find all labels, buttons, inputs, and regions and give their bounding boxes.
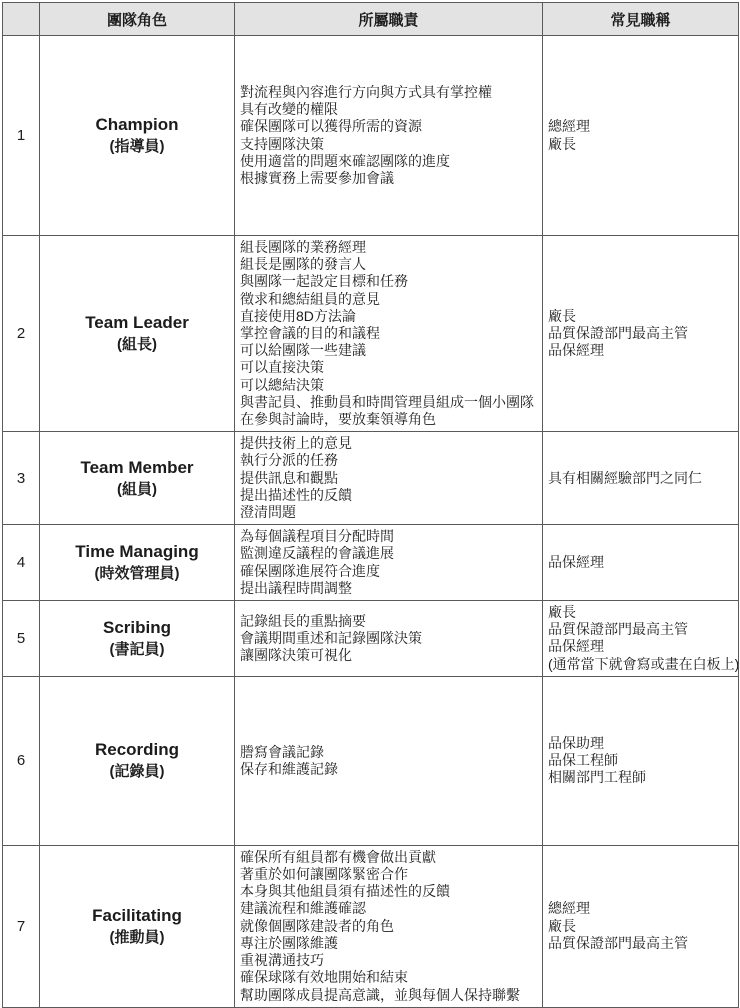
duty-line: 與團隊一起設定目標和任務 — [240, 273, 539, 290]
title-line: 廠長 — [548, 308, 735, 325]
row-number: 6 — [3, 676, 40, 845]
duty-line: 根據實務上需要參加會議 — [240, 170, 539, 187]
duty-line: 讓團隊決策可視化 — [240, 647, 539, 664]
duty-line: 建議流程和維護確認 — [240, 900, 539, 917]
title-line: 具有相關經驗部門之同仁 — [548, 470, 735, 487]
table-row: 6 Recording (記錄員) 謄寫會議記錄保存和維護記錄 品保助理品保工程… — [3, 676, 739, 845]
duties-cell: 組長團隊的業務經理組長是團隊的發言人與團隊一起設定目標和任務徵求和總結組員的意見… — [235, 236, 543, 432]
duty-line: 保存和維護記錄 — [240, 761, 539, 778]
header-row: 團隊角色 所屬職責 常見職稱 — [3, 3, 739, 36]
duties-cell: 記錄組長的重點摘要會議期間重述和記錄團隊決策讓團隊決策可視化 — [235, 601, 543, 677]
title-line: 品質保證部門最高主管 — [548, 325, 735, 342]
role-name-english: Facilitating — [42, 905, 232, 927]
titles-cell: 品保助理品保工程師相關部門工程師 — [543, 676, 739, 845]
duty-line: 具有改變的權限 — [240, 101, 539, 118]
title-line: 廠長 — [548, 918, 735, 935]
titles-cell: 總經理廠長品質保證部門最高主管 — [543, 845, 739, 1007]
duty-line: 掌控會議的目的和議程 — [240, 325, 539, 342]
duty-line: 提供技術上的意見 — [240, 435, 539, 452]
duty-line: 記錄組長的重點摘要 — [240, 613, 539, 630]
duty-line: 使用適當的問題來確認團隊的進度 — [240, 153, 539, 170]
table-row: 2 Team Leader (組長) 組長團隊的業務經理組長是團隊的發言人與團隊… — [3, 236, 739, 432]
duty-line: 著重於如何讓團隊緊密合作 — [240, 866, 539, 883]
duties-cell: 為每個議程項目分配時間監測違反議程的會議進展確保團隊進展符合進度提出議程時間調整 — [235, 525, 543, 601]
title-line: 品質保證部門最高主管 — [548, 621, 735, 638]
duty-line: 提出議程時間調整 — [240, 580, 539, 597]
duty-line: 在參與討論時，要放棄領導角色 — [240, 411, 539, 428]
duty-line: 組長是團隊的發言人 — [240, 256, 539, 273]
title-line: 總經理 — [548, 900, 735, 917]
duty-line: 提供訊息和觀點 — [240, 470, 539, 487]
role-name-english: Recording — [42, 739, 232, 761]
role-name-chinese: (時效管理員) — [42, 563, 232, 584]
duty-line: 確保團隊可以獲得所需的資源 — [240, 118, 539, 135]
duty-line: 對流程與內容進行方向與方式具有掌控權 — [240, 84, 539, 101]
duties-cell: 對流程與內容進行方向與方式具有掌控權具有改變的權限確保團隊可以獲得所需的資源支持… — [235, 36, 543, 236]
duty-line: 本身與其他組員須有描述性的反饋 — [240, 883, 539, 900]
role-cell: Recording (記錄員) — [40, 676, 235, 845]
title-line: 相關部門工程師 — [548, 769, 735, 786]
duty-line: 支持團隊決策 — [240, 136, 539, 153]
duty-line: 提出描述性的反饋 — [240, 487, 539, 504]
table-row: 1 Champion (指導員) 對流程與內容進行方向與方式具有掌控權具有改變的… — [3, 36, 739, 236]
table-body: 1 Champion (指導員) 對流程與內容進行方向與方式具有掌控權具有改變的… — [3, 36, 739, 1008]
duties-cell: 確保所有組員都有機會做出貢獻著重於如何讓團隊緊密合作本身與其他組員須有描述性的反… — [235, 845, 543, 1007]
duty-line: 確保團隊進展符合進度 — [240, 563, 539, 580]
duty-line: 徵求和總結組員的意見 — [240, 291, 539, 308]
duty-line: 確保所有組員都有機會做出貢獻 — [240, 849, 539, 866]
duties-cell: 提供技術上的意見執行分派的任務提供訊息和觀點提出描述性的反饋澄清問題 — [235, 432, 543, 525]
row-number: 4 — [3, 525, 40, 601]
role-name-english: Champion — [42, 114, 232, 136]
titles-cell: 總經理廠長 — [543, 36, 739, 236]
role-cell: Champion (指導員) — [40, 36, 235, 236]
role-cell: Time Managing (時效管理員) — [40, 525, 235, 601]
header-common-titles: 常見職稱 — [543, 3, 739, 36]
duty-line: 可以給團隊一些建議 — [240, 342, 539, 359]
role-name-english: Time Managing — [42, 541, 232, 563]
duty-line: 確保球隊有效地開始和結束 — [240, 969, 539, 986]
role-name-chinese: (推動員) — [42, 927, 232, 948]
duty-line: 會議期間重述和記錄團隊決策 — [240, 630, 539, 647]
duty-line: 直接使用8D方法論 — [240, 308, 539, 325]
role-name-chinese: (指導員) — [42, 136, 232, 157]
title-line: 品保工程師 — [548, 752, 735, 769]
duty-line: 澄清問題 — [240, 504, 539, 521]
title-line: 品質保證部門最高主管 — [548, 935, 735, 952]
title-line: (通常當下就會寫或畫在白板上) — [548, 656, 735, 673]
role-cell: Team Leader (組長) — [40, 236, 235, 432]
title-line: 品保經理 — [548, 638, 735, 655]
titles-cell: 品保經理 — [543, 525, 739, 601]
row-number: 2 — [3, 236, 40, 432]
role-name-english: Team Member — [42, 457, 232, 479]
role-name-english: Team Leader — [42, 312, 232, 334]
title-line: 品保助理 — [548, 735, 735, 752]
table-header: 團隊角色 所屬職責 常見職稱 — [3, 3, 739, 36]
role-cell: Scribing (書記員) — [40, 601, 235, 677]
titles-cell: 廠長品質保證部門最高主管品保經理(通常當下就會寫或畫在白板上) — [543, 601, 739, 677]
row-number: 1 — [3, 36, 40, 236]
duty-line: 謄寫會議記錄 — [240, 744, 539, 761]
role-name-chinese: (書記員) — [42, 639, 232, 660]
title-line: 品保經理 — [548, 554, 735, 571]
role-name-chinese: (組長) — [42, 334, 232, 355]
duty-line: 監測違反議程的會議進展 — [240, 545, 539, 562]
role-cell: Team Member (組員) — [40, 432, 235, 525]
table-row: 4 Time Managing (時效管理員) 為每個議程項目分配時間監測違反議… — [3, 525, 739, 601]
title-line: 總經理 — [548, 118, 735, 135]
page: 團隊角色 所屬職責 常見職稱 1 Champion (指導員) 對流程與內容進行… — [0, 0, 740, 847]
row-number: 5 — [3, 601, 40, 677]
header-team-role: 團隊角色 — [40, 3, 235, 36]
duty-line: 與書記員、推動員和時間管理員組成一個小團隊 — [240, 394, 539, 411]
titles-cell: 廠長品質保證部門最高主管品保經理 — [543, 236, 739, 432]
duty-line: 組長團隊的業務經理 — [240, 239, 539, 256]
title-line: 品保經理 — [548, 342, 735, 359]
titles-cell: 具有相關經驗部門之同仁 — [543, 432, 739, 525]
table-row: 5 Scribing (書記員) 記錄組長的重點摘要會議期間重述和記錄團隊決策讓… — [3, 601, 739, 677]
role-name-chinese: (記錄員) — [42, 761, 232, 782]
header-index-cell — [3, 3, 40, 36]
duty-line: 重視溝通技巧 — [240, 952, 539, 969]
role-name-english: Scribing — [42, 617, 232, 639]
duty-line: 為每個議程項目分配時間 — [240, 528, 539, 545]
title-line: 廠長 — [548, 136, 735, 153]
row-number: 7 — [3, 845, 40, 1007]
role-name-chinese: (組員) — [42, 479, 232, 500]
team-roles-table: 團隊角色 所屬職責 常見職稱 1 Champion (指導員) 對流程與內容進行… — [2, 2, 739, 1008]
table-row: 7 Facilitating (推動員) 確保所有組員都有機會做出貢獻著重於如何… — [3, 845, 739, 1007]
duty-line: 幫助團隊成員提高意識，並與每個人保持聯繫 — [240, 987, 539, 1004]
duty-line: 可以總結決策 — [240, 377, 539, 394]
duty-line: 可以直接決策 — [240, 359, 539, 376]
duty-line: 執行分派的任務 — [240, 452, 539, 469]
role-cell: Facilitating (推動員) — [40, 845, 235, 1007]
duty-line: 專注於團隊維護 — [240, 935, 539, 952]
header-duties: 所屬職責 — [235, 3, 543, 36]
table-row: 3 Team Member (組員) 提供技術上的意見執行分派的任務提供訊息和觀… — [3, 432, 739, 525]
duties-cell: 謄寫會議記錄保存和維護記錄 — [235, 676, 543, 845]
duty-line: 就像個團隊建設者的角色 — [240, 918, 539, 935]
row-number: 3 — [3, 432, 40, 525]
title-line: 廠長 — [548, 604, 735, 621]
